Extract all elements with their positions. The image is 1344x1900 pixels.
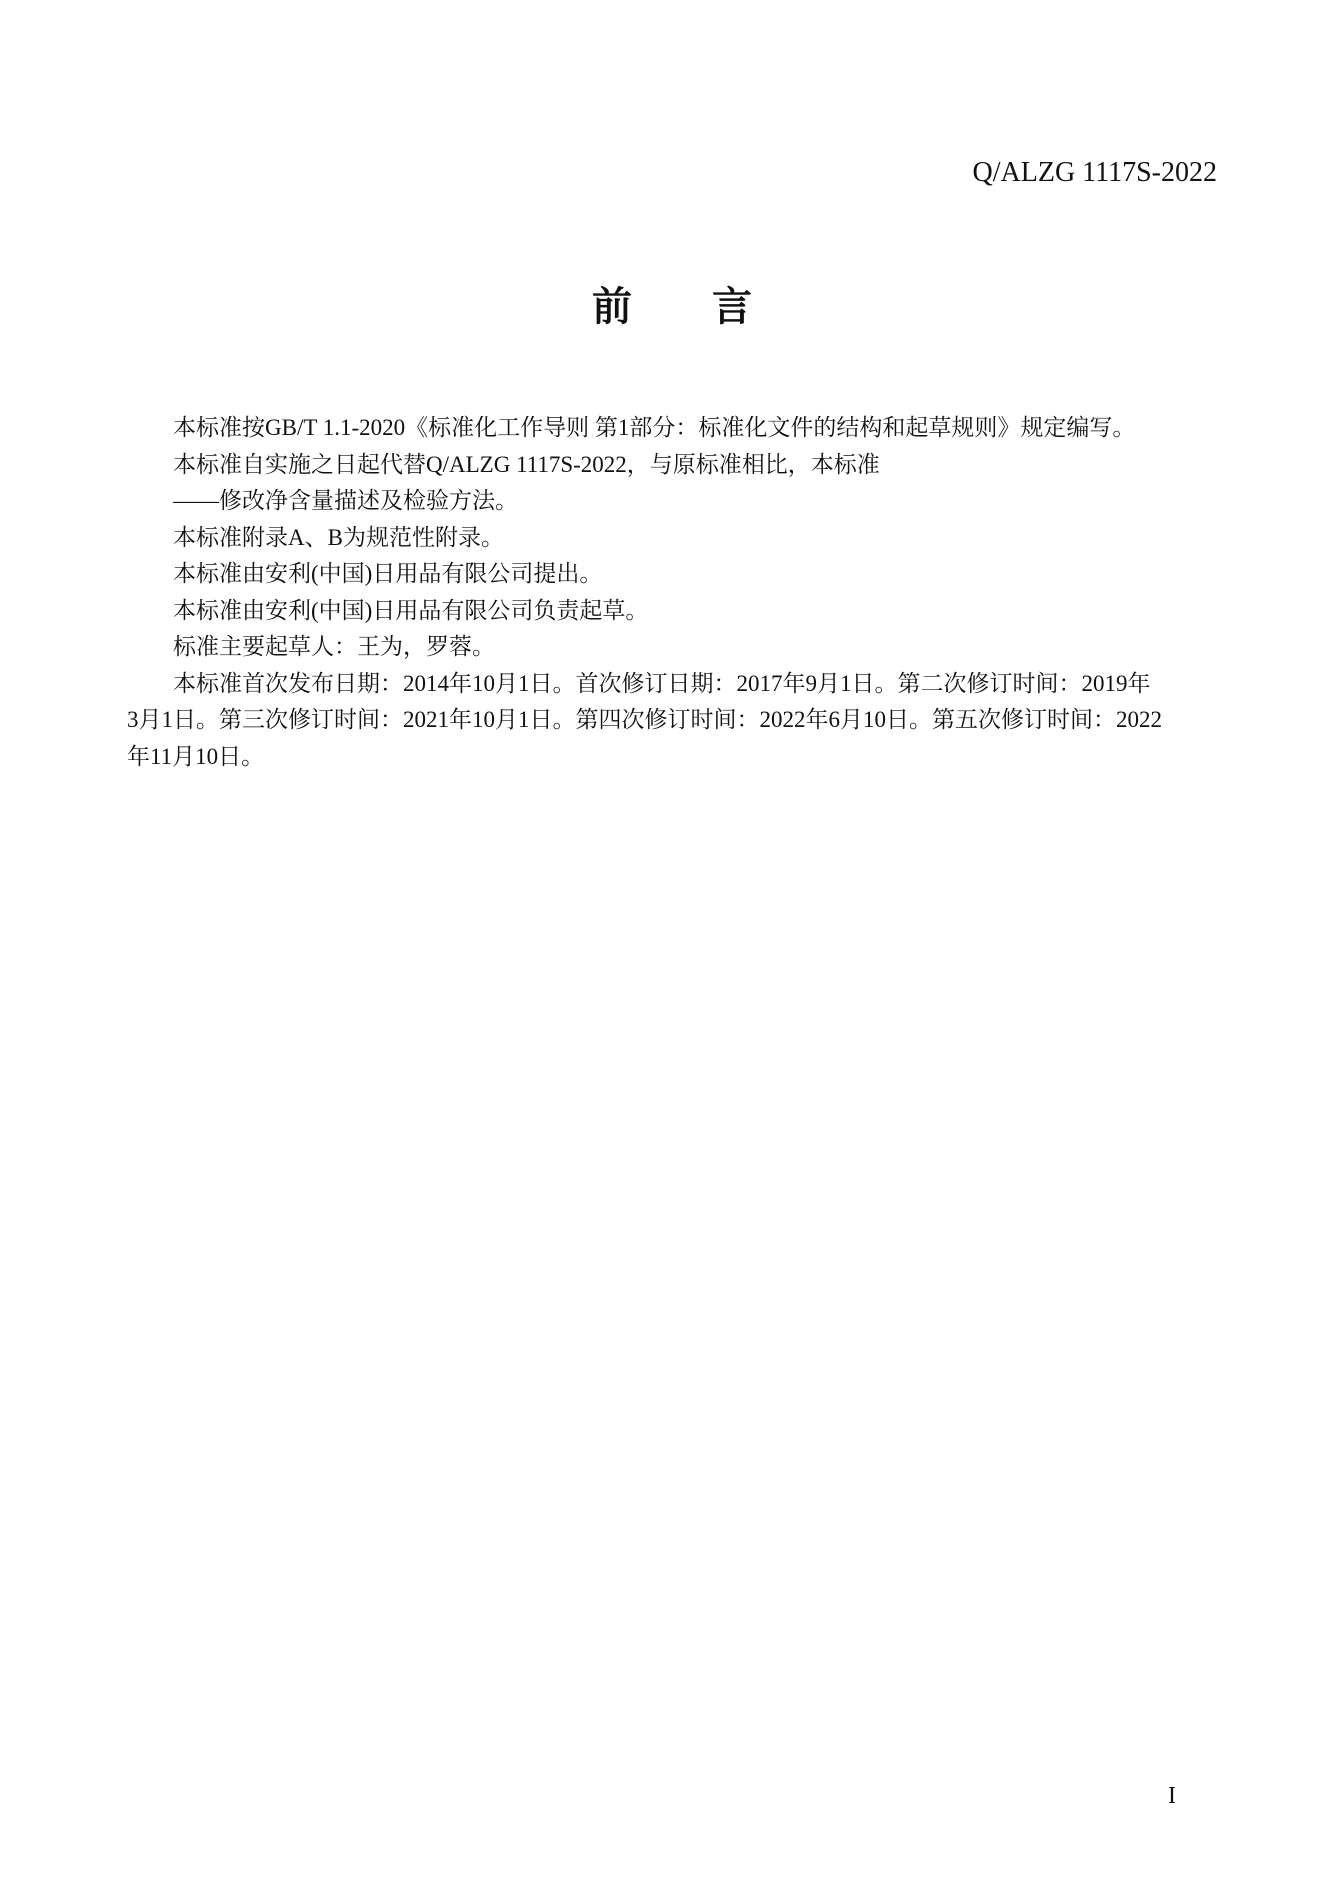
page-number: I	[1168, 1782, 1176, 1810]
doc-number-header: Q/ALZG 1117S-2022	[973, 156, 1217, 190]
foreword-line: 标准主要起草人：王为，罗蓉。	[127, 629, 1222, 666]
foreword-line: 本标准首次发布日期：2014年10月1日。首次修订日期：2017年9月1日。第二…	[127, 666, 1222, 703]
foreword-line: 3月1日。第三次修订时间：2021年10月1日。第四次修订时间：2022年6月1…	[127, 702, 1222, 739]
foreword-line: 本标准由安利(中国)日用品有限公司负责起草。	[127, 593, 1222, 630]
foreword-line: 本标准自实施之日起代替Q/ALZG 1117S-2022，与原标准相比，本标准	[127, 447, 1222, 484]
foreword-body: 本标准按GB/T 1.1-2020《标准化工作导则 第1部分：标准化文件的结构和…	[127, 410, 1222, 775]
foreword-line: 本标准附录A、B为规范性附录。	[127, 520, 1222, 557]
foreword-line: 本标准由安利(中国)日用品有限公司提出。	[127, 556, 1222, 593]
page-title: 前 言	[0, 284, 1344, 330]
foreword-line: 本标准按GB/T 1.1-2020《标准化工作导则 第1部分：标准化文件的结构和…	[127, 410, 1222, 447]
foreword-line: 年11月10日。	[127, 739, 1222, 776]
document-page: Q/ALZG 1117S-2022 前 言 本标准按GB/T 1.1-2020《…	[0, 0, 1344, 1900]
foreword-line: ——修改净含量描述及检验方法。	[127, 483, 1222, 520]
